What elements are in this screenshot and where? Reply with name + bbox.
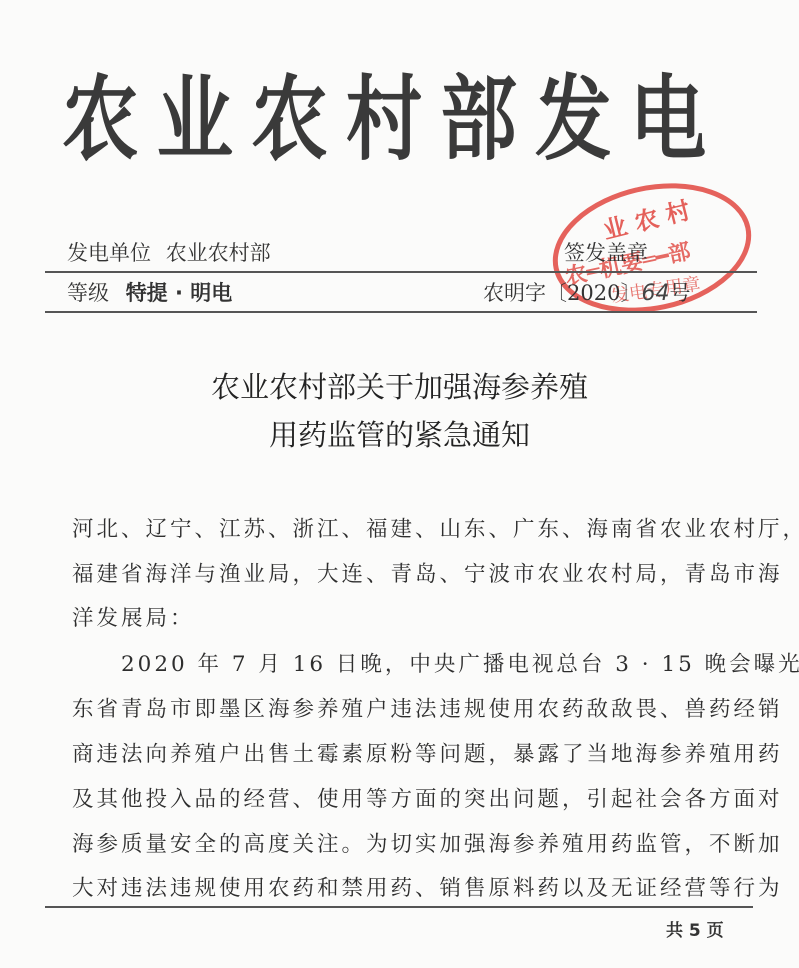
doc-number: 农明字〔2020〕64号	[483, 279, 690, 308]
doc-number-prefix: 农明字〔2020〕	[483, 281, 641, 305]
sender-value: 农业农村部	[166, 241, 271, 265]
footer-divider-line	[45, 906, 753, 908]
grade-field: 等级 特提 · 明电	[67, 279, 232, 307]
sender-label: 发电单位	[67, 241, 151, 265]
doc-number-handwritten: 64	[641, 281, 669, 306]
body-paragraph-line: 商违法向养殖户出售土霉素原粉等问题，暴露了当地海参养殖用药	[72, 740, 732, 770]
divider-line	[45, 271, 757, 273]
addressee-line: 河北、辽宁、江苏、浙江、福建、山东、广东、海南省农业农村厅，	[72, 515, 732, 545]
body-paragraph-line: 海参质量安全的高度关注。为切实加强海参养殖用药监管，不断加	[72, 830, 732, 860]
grade-value: 特提 · 明电	[126, 281, 233, 305]
doc-number-suffix: 号	[669, 281, 690, 305]
addressee-line: 福建省海洋与渔业局，大连、青岛、宁波市农业农村局，青岛市海	[72, 560, 732, 590]
svg-text:业 农 村: 业 农 村	[600, 196, 693, 245]
masthead-title: 农业农村部发电	[62, 70, 402, 170]
divider-line	[45, 311, 757, 313]
sign-label: 签发盖章	[564, 239, 648, 267]
body-paragraph-line: 2020 年 7 月 16 日晚，中央广播电视总台 3 · 15 晚会曝光了山	[72, 650, 732, 680]
document-page: 农业农村部发电 业 农 村 农═机要═━部 发电专用章 发电单位 农业农村部 签…	[0, 0, 799, 968]
sender-field: 发电单位 农业农村部	[67, 239, 271, 267]
addressee-line: 洋发展局：	[72, 604, 732, 634]
body-paragraph-line: 及其他投入品的经营、使用等方面的突出问题，引起社会各方面对	[72, 785, 732, 815]
grade-label: 等级	[67, 281, 109, 305]
document-title-line-1: 农业农村部关于加强海参养殖	[0, 363, 799, 411]
body-paragraph-line: 大对违法违规使用农药和禁用药、销售原料药以及无证经营等行为	[72, 874, 732, 904]
page-count: 共 5 页	[666, 916, 724, 941]
body-paragraph-line: 东省青岛市即墨区海参养殖户违法违规使用农药敌敌畏、兽药经销	[72, 695, 732, 725]
document-title-line-2: 用药监管的紧急通知	[0, 411, 799, 459]
